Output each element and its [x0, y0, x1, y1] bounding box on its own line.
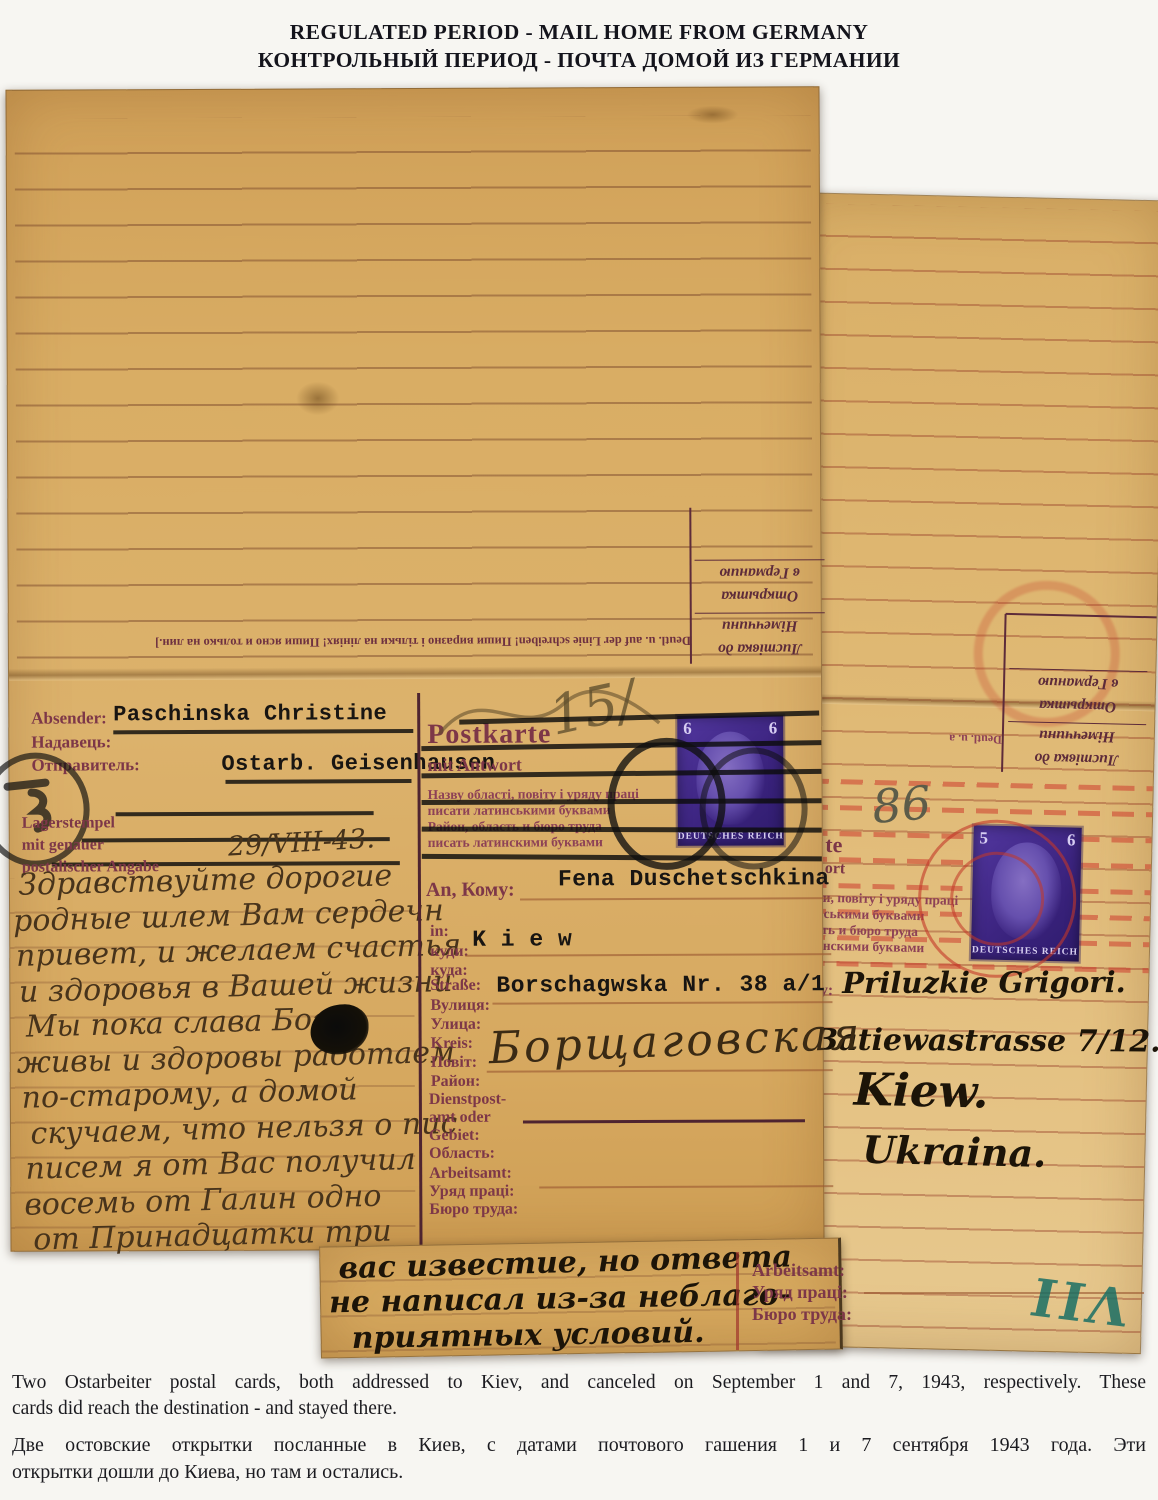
instruction-line-4: писать латинскими буквами	[428, 834, 603, 851]
destination-header-block: Листівка до Німеччини Открытка в Германи…	[1007, 618, 1148, 771]
pencil-number: 86	[870, 775, 933, 834]
caption-en-line1: Two Ostarbeiter postal cards, both addre…	[12, 1372, 1146, 1394]
address-street-hand: Batiewastrasse 7/12.	[813, 1023, 1158, 1060]
stamp-value-right: 6	[1067, 830, 1076, 850]
stamp-value-right: 6	[769, 718, 778, 738]
address-city-hand: Kiew.	[853, 1063, 989, 1119]
dienst-rule	[523, 1119, 805, 1123]
arbeitsamt-label-uk: Уряд праці:	[429, 1183, 514, 1201]
street-typed: Borschagwska Nr. 38 a/1	[496, 971, 825, 998]
arbeitsamt-label-ru: Бюро труда:	[752, 1304, 852, 1325]
addressee-name-hand: Priluzkie Grigori.	[842, 965, 1126, 1000]
ruled-lines	[15, 115, 813, 666]
sender-rule-3	[116, 811, 374, 816]
arbeitsamt-label-uk: Уряд праці:	[752, 1282, 848, 1303]
kreis-rule	[487, 1069, 833, 1073]
postcard-front: Deutl. u. auf der Linie schreiben! Пиши …	[5, 86, 824, 1252]
street-label-ru: Улица:	[431, 1016, 482, 1034]
street-label-de: Straße:	[430, 977, 481, 995]
lager-label-1: Lagerstempel	[22, 814, 115, 832]
postkarte-fragment: te	[825, 832, 843, 858]
write-rule-reversed: Deutl. u. auf der Linie schreiben! Пиши …	[13, 633, 691, 651]
arbeitsamt-label-de: Arbeitsamt:	[429, 1165, 512, 1183]
page-title-en: REGULATED PERIOD - MAIL HOME FROM GERMAN…	[0, 20, 1158, 45]
page-title: REGULATED PERIOD - MAIL HOME FROM GERMAN…	[0, 20, 1158, 73]
header-ru-2: в Германию	[695, 559, 825, 584]
lager-date-hand: 29/VIII-43.	[227, 823, 376, 862]
arbeitsamt-rule	[539, 1185, 833, 1188]
instruction-fragment-4: инскими буквами	[815, 938, 925, 956]
censor-mark: VII	[1021, 1264, 1135, 1336]
message-block: Здравствуйте дорогие родные шлем Вам сер…	[6, 858, 426, 1258]
stamp-value-left: 6	[683, 719, 692, 739]
dienst-label-2: amt oder	[429, 1109, 491, 1127]
sender-rule-1	[113, 729, 413, 734]
addressee-rule	[520, 897, 832, 900]
in-label-de: in:	[430, 923, 449, 941]
addressee-name-typed: Fena Duschetschkina	[558, 865, 830, 892]
street-label-uk: Вулиця:	[430, 997, 490, 1015]
caption-ru-line1: Две остовские открытки посланные в Киев,…	[12, 1434, 1146, 1457]
caption-en-line2: cards did reach the destination - and st…	[12, 1398, 397, 1420]
street-rule	[492, 1001, 832, 1004]
kreis-label-uk: Повіт:	[431, 1054, 477, 1072]
dienst-label-3: Gebiet:	[429, 1127, 480, 1145]
page-title-ru: КОНТРОЛЬНЫЙ ПЕРИОД - ПОЧТА ДОМОЙ ИЗ ГЕРМ…	[0, 48, 1158, 73]
caption-ru-line2: открытки дошли до Киева, но там и остали…	[12, 1461, 403, 1484]
write-rule-fragment: Deutl. u. a	[924, 730, 1002, 747]
sender-name-typed: Paschinska Christine	[113, 701, 387, 727]
city-typed: K i e w	[472, 926, 572, 952]
address-country-hand: Ukraina.	[862, 1127, 1047, 1176]
header-ru-1: Открытка	[695, 583, 825, 607]
dienst-label-4: Область:	[429, 1145, 495, 1163]
header-uk-1: Листівка до	[695, 636, 825, 660]
in-label-uk: куди:	[430, 943, 469, 961]
lager-label-2: mit genauer	[22, 836, 104, 854]
kreis-value-hand: Борщаговская	[488, 1009, 864, 1075]
dienst-label-1: Dienstpost-	[429, 1091, 506, 1109]
header-ru-2: в Германию	[1009, 668, 1148, 695]
sender-rule-2	[225, 779, 411, 784]
arbeitsamt-label-ru: Бюро труда:	[429, 1201, 518, 1219]
cds-postmark-2	[699, 747, 808, 869]
kreis-label-ru: Район:	[431, 1073, 481, 1091]
header-uk-2: Німеччини	[695, 612, 825, 637]
kreis-label-de: Kreis:	[431, 1035, 473, 1053]
header-ru-1: Открытка	[1008, 692, 1146, 718]
postcard-back-bottom: Arbeitsamt: Уряд праці: Бюро труда: VII	[736, 1248, 1158, 1352]
sender-label-uk: Надавець:	[31, 732, 111, 752]
fold-crease	[9, 665, 821, 681]
tail-line: приятных условий.	[351, 1315, 704, 1356]
header-uk-2: Німеччини	[1008, 721, 1147, 748]
addressee-label: An, Кому:	[426, 879, 515, 902]
sender-label-de: Absender:	[31, 708, 107, 728]
arbeitsamt-label-de: Arbeitsamt:	[752, 1260, 845, 1281]
card-edge-line	[736, 1252, 739, 1350]
destination-header-block: Листівка до Німеччини Открытка в Германи…	[694, 511, 825, 660]
header-uk-1: Листівка до	[1007, 745, 1145, 771]
paper-stain	[296, 381, 340, 415]
city-rule	[465, 953, 831, 957]
